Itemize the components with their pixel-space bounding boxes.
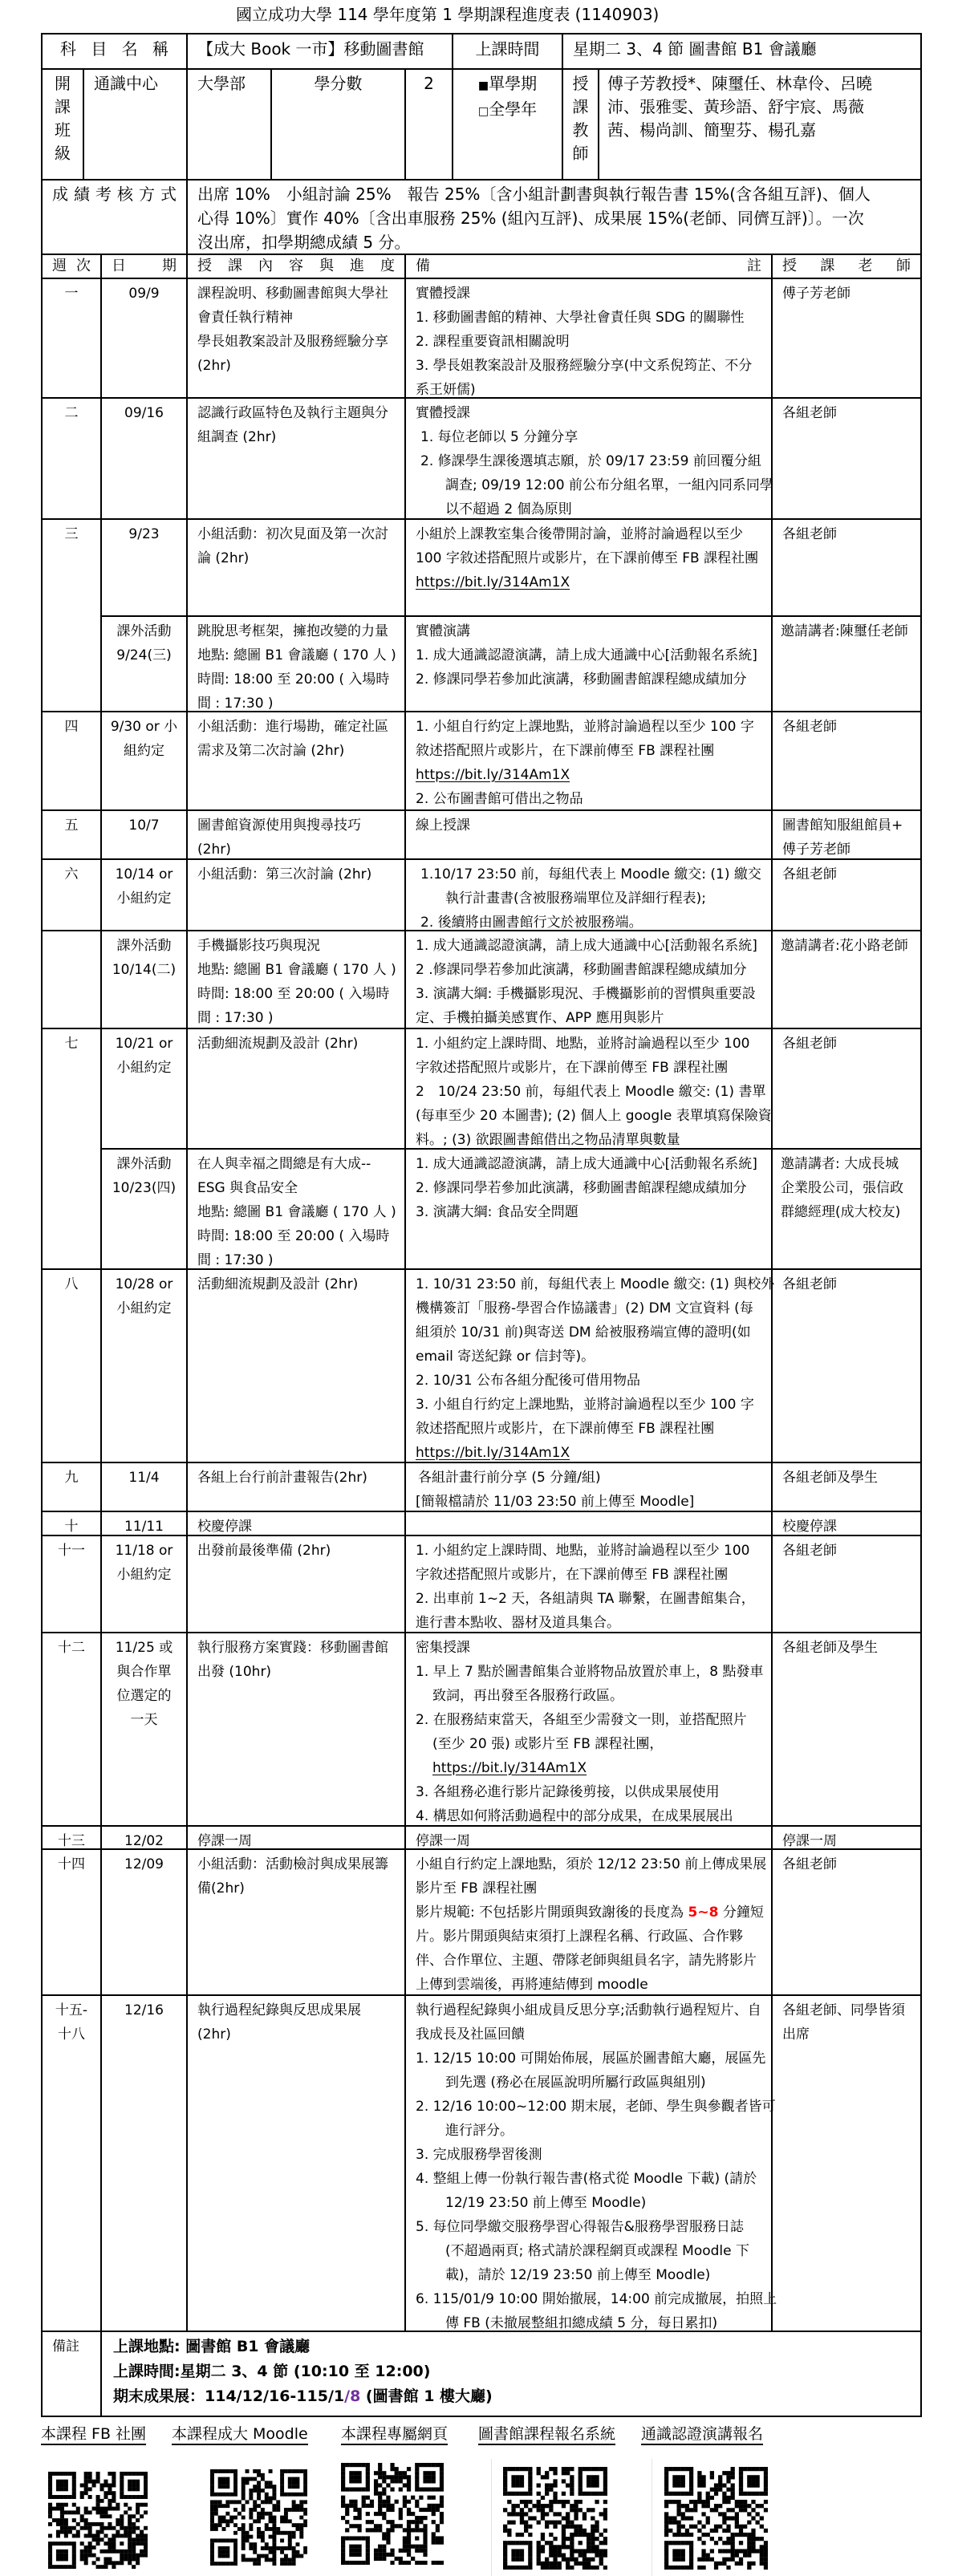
week-cell: 十三	[43, 1827, 100, 1848]
remarks-line: 組須於 10/31 前)與寄送 DM 給被服務端宣傳的證明(如	[416, 1320, 771, 1345]
fb-group-link[interactable]: https://bit.ly/314Am1X	[416, 1445, 570, 1461]
remarks-line: 2. 修課同學若參加此演講，移動圖書館課程總成績加分	[416, 667, 771, 692]
teacher-line: 各組老師	[782, 862, 920, 886]
week-number: 二	[43, 401, 100, 425]
remarks-cell: 1. 10/31 23:50 前，每組代表上 Moodle 繳交: (1) 與校…	[404, 1270, 771, 1462]
remarks-line: 實體授課	[416, 401, 771, 425]
date-cell: 11/18 or 小組約定	[100, 1536, 186, 1632]
content-line: 間 : 17:30 )	[197, 1006, 404, 1030]
content-line: 時間: 18:00 至 20:00 ( 入場時	[197, 1224, 404, 1248]
date-cell: 10/21 or 小組約定	[100, 1029, 186, 1148]
week-cell: 六	[43, 860, 100, 930]
teacher-cell: 各組老師	[771, 1536, 920, 1632]
moodle-link[interactable]: 本課程成大 Moodle	[172, 2424, 308, 2445]
schedule-row-week-4: 四 9/30 or 小 組約定 小組活動：進行場勘，確定社區 需求及第二次討論 …	[43, 711, 920, 809]
date-line: 10/23(四)	[102, 1176, 186, 1200]
teacher-line: 各組老師	[782, 1539, 920, 1563]
offering-class-label: 開 課 班 級	[43, 70, 83, 181]
date-line: 組約定	[102, 739, 186, 763]
qr-code-icon[interactable]	[664, 2467, 768, 2570]
schedule-table: 週 次 日 期 授 課 內 容 與 進 度 備 註 授 課 老 師 一 09/9…	[41, 254, 922, 2417]
date-line: 10/21 or	[102, 1032, 186, 1056]
department: 通識中心	[83, 70, 186, 181]
remarks-line: 3. 小組自行約定上課地點，並將討論過程以至少 100 字	[416, 1393, 771, 1417]
remarks-line: 5. 每位同學繳交服務學習心得報告&服務學習服務日誌	[416, 2215, 771, 2239]
label-char: 開	[43, 72, 83, 95]
remarks-line: 各組計畫行前分享 (5 分鐘/組)	[416, 1466, 771, 1490]
date-line: 課外活動	[102, 934, 186, 958]
label-char: 課	[563, 95, 598, 119]
remarks-cell: 1. 小組約定上課時間、地點，並將討論過程以至少 100 字敘述搭配照片或影片，…	[404, 1029, 771, 1148]
remarks-cell: 小組自行約定上課地點，須於 12/12 23:50 前上傳成果展 影片至 FB …	[404, 1850, 771, 1994]
remarks-line: 字敘述搭配照片或影片，在下課前傳至 FB 課程社團	[416, 1563, 771, 1587]
remarks-cell: 執行過程紀錄與小組成員反思分享;活動執行過程短片、自 我成長及社區回饋 1. 1…	[404, 1996, 771, 2331]
remarks-cell: 停課一周	[404, 1827, 771, 1848]
remarks-line: 影片至 FB 課程社團	[416, 1876, 771, 1901]
week-number: 十二	[43, 1636, 100, 1660]
remarks-line: 調查; 09/19 12:00 前公布分組名單，一組內同系同學	[416, 473, 771, 497]
content-line: 論 (2hr)	[197, 546, 404, 570]
content-line: 備(2hr)	[197, 1876, 404, 1901]
content-line: 小組活動：第三次討論 (2hr)	[197, 862, 404, 886]
date-line: 11/4	[102, 1466, 186, 1490]
remarks-line: 執行過程紀錄與小組成員反思分享;活動執行過程短片、自	[416, 1998, 771, 2022]
content-line: 在人與幸福之間總是有大成--	[197, 1152, 404, 1176]
remarks-line: 2 10/24 23:50 前，每組代表上 Moodle 繳交: (1) 書單	[416, 1080, 771, 1104]
teachers-line: 傅子芳教授*、陳璽任、林韋伶、呂曉	[607, 72, 911, 95]
remarks-line: 伴、合作單位、主題、帶隊老師與組員名字，請先將影片	[416, 1949, 771, 1973]
remarks-line: 3. 學長姐教案設計及服務經驗分享(中文系倪筠芷、不分	[416, 354, 771, 378]
remarks-line: 3. 各組務必進行影片記錄後剪接，以供成果展使用	[416, 1780, 771, 1804]
remarks-line: email 寄送紀錄 or 信封等)。	[416, 1345, 771, 1369]
teachers-line: 茜、楊尚訓、簡聖芬、楊孔嘉	[607, 119, 911, 142]
teachers-label: 授 課 教 師	[562, 70, 598, 181]
remarks-line: 實體授課	[416, 282, 771, 306]
remarks-cell: 實體授課 1. 每位老師以 5 分鐘分享 2. 修課學生課後選填志願，於 09/…	[404, 399, 771, 518]
remarks-line: 1. 移動圖書館的精神、大學社會責任與 SDG 的關聯性	[416, 306, 771, 330]
remarks-line: 機構簽訂「服務-學習合作協議書」(2) DM 文宣資料 (每	[416, 1296, 771, 1320]
remarks-line: 載)，請於 12/19 23:50 前上傳至 Moodle)	[416, 2263, 771, 2287]
content-cell: 跳脫思考框架，擁抱改變的力量 地點: 總圖 B1 會議廳 ( 170 人 ) 時…	[186, 617, 404, 711]
week-number: 五	[43, 813, 100, 838]
teacher-line: 各組老師	[782, 1852, 920, 1876]
divider	[491, 2459, 492, 2576]
week-cell: 十四	[43, 1850, 100, 1994]
content-line: 執行過程紀錄與反思成果展	[197, 1998, 404, 2022]
teacher-cell: 圖書館知服組館員+ 傅子芳老師	[771, 811, 920, 858]
remarks-cell: 密集授課 1. 早上 7 點於圖書館集合並將物品放置於車上，8 點發車 致詞，再…	[404, 1633, 771, 1825]
remarks-line: 1. 早上 7 點於圖書館集合並將物品放置於車上，8 點發車	[416, 1660, 771, 1684]
week-number: 九	[43, 1466, 100, 1490]
week-cell: 四	[43, 712, 100, 809]
date-cell: 12/09	[100, 1850, 186, 1994]
teacher-cell: 各組老師	[771, 520, 920, 615]
schedule-row-week-2: 二 09/16 認識行政區特色及執行主題與分 組調查 (2hr) 實體授課 1.…	[43, 397, 920, 518]
remarks-cell: 實體演講 1. 成大通識認證演講，請上成大通識中心[活動報名系統] 2. 修課同…	[404, 617, 771, 711]
remarks-line: 進行評分。	[416, 2119, 771, 2143]
week-cell: 十二	[43, 1633, 100, 1825]
schedule-row-week-7: 七 10/21 or 小組約定 活動細流規劃及設計 (2hr) 1. 小組約定上…	[43, 1028, 920, 1148]
remarks-line: 片。影片開頭與結束須打上課程名稱、行政區、合作夥	[416, 1925, 771, 1949]
notes-location: 上課地點: 圖書館 B1 會議廳	[113, 2335, 920, 2359]
content-cell: 小組活動：第三次討論 (2hr)	[186, 860, 404, 930]
week-cell: 九	[43, 1463, 100, 1511]
week-number: 七	[43, 1032, 100, 1056]
date-line: 12/16	[102, 1998, 186, 2022]
content-line: 手機攝影技巧與現況	[197, 934, 404, 958]
content-line: 時間: 18:00 至 20:00 ( 入場時	[197, 982, 404, 1006]
week-cell: 一	[43, 279, 100, 397]
teacher-line: 邀請講者:花小路老師	[781, 934, 920, 958]
schedule-row-week-7-extracurricular: 課外活動 10/23(四) 在人與幸福之間總是有大成-- ESG 與食品安全 地…	[43, 1148, 920, 1268]
library-registration-link[interactable]: 圖書館課程報名系統	[478, 2424, 615, 2445]
content-cell: 圖書館資源使用與搜尋技巧 (2hr)	[186, 811, 404, 858]
content-line: 活動細流規劃及設計 (2hr)	[197, 1032, 404, 1056]
content-line: 活動細流規劃及設計 (2hr)	[197, 1272, 404, 1296]
date-cell: 課外活動 10/23(四)	[100, 1150, 186, 1268]
content-line: 地點: 總圖 B1 會議廳 ( 170 人 )	[197, 643, 404, 667]
remarks-line: 致詞，再出發至各服務行政區。	[416, 1684, 771, 1708]
label-char: 教	[563, 119, 598, 142]
remarks-line: 小組於上課教室集合後帶開討論，並將討論過程以至少	[416, 522, 771, 546]
date-line: 小組約定	[102, 1056, 186, 1080]
week-cell: 三	[43, 520, 100, 615]
content-line: (2hr)	[197, 354, 404, 378]
grading-label: 成 績 考 核 方 式	[43, 181, 186, 254]
class-time: 星期二 3、4 節 圖書館 B1 會議廳	[562, 34, 920, 68]
teacher-cell: 邀請講者: 大成長城 企業股公司，張信政 群總經理(成大校友)	[771, 1150, 920, 1268]
remarks-line: 1. 小組約定上課時間、地點，並將討論過程以至少 100	[416, 1032, 771, 1056]
remarks-line: 密集授課	[416, 1636, 771, 1660]
content-line: 認識行政區特色及執行主題與分	[197, 401, 404, 425]
teacher-line: 邀請講者: 大成長城	[781, 1152, 920, 1176]
date-line: 位選定的	[102, 1684, 186, 1708]
notes-time: 上課時間:星期二 3、4 節 (10:10 至 12:00)	[113, 2359, 920, 2384]
date-line: 11/18 or	[102, 1539, 186, 1563]
teacher-cell: 各組老師	[771, 1029, 920, 1148]
course-name-row: 科 目 名 稱 【成大 Book 一市】移動圖書館 上課時間 星期二 3、4 節…	[43, 34, 920, 68]
remarks-text: 影片規範: 不包括影片開頭與致謝後的長度為	[416, 1905, 688, 1921]
content-line: 時間: 18:00 至 20:00 ( 入場時	[197, 667, 404, 692]
content-line: 出發 (10hr)	[197, 1660, 404, 1684]
week-number: 十五-	[43, 1998, 100, 2022]
credits-label: 學分數	[270, 70, 404, 181]
date-cell: 09/16	[100, 399, 186, 518]
content-cell: 停課一周	[186, 1827, 404, 1848]
content-cell: 執行服務方案實踐：移動圖書館 出發 (10hr)	[186, 1633, 404, 1825]
header-content: 授 課 內 容 與 進 度	[186, 255, 404, 278]
content-cell: 執行過程紀錄與反思成果展 (2hr)	[186, 1996, 404, 2331]
content-cell: 活動細流規劃及設計 (2hr)	[186, 1029, 404, 1148]
qr-code-icon[interactable]	[210, 2469, 307, 2566]
remarks-cell: 1. 成大通識認證演講，請上成大通識中心[活動報名系統] 2. 修課同學若參加此…	[404, 1150, 771, 1268]
schedule-header-row: 週 次 日 期 授 課 內 容 與 進 度 備 註 授 課 老 師	[43, 254, 920, 278]
date-line: 09/9	[102, 282, 186, 306]
week-number: 十四	[43, 1852, 100, 1876]
content-cell: 校慶停課	[186, 1512, 404, 1535]
grading-row: 成 績 考 核 方 式 出席 10% 小組討論 25% 報告 25%〔含小組計劃…	[43, 179, 920, 254]
date-cell: 10/28 or 小組約定	[100, 1270, 186, 1462]
teacher-cell: 各組老師	[771, 1850, 920, 1994]
remarks-line: 定、手機拍攝美感實作、APP 應用與影片	[416, 1006, 771, 1030]
qr-code-icon[interactable]	[503, 2467, 607, 2570]
label-char: 授	[563, 72, 598, 95]
remarks-line: 4. 整組上傳一份執行報告書(格式從 Moodle 下載) (請於	[416, 2167, 771, 2191]
remarks-line: 6. 115/01/9 10:00 開始撤展，14:00 前完成撤展，拍照上	[416, 2287, 771, 2311]
schedule-row-week-5: 五 10/7 圖書館資源使用與搜尋技巧 (2hr) 線上授課 圖書館知服組館員+…	[43, 809, 920, 858]
date-line: 10/28 or	[102, 1272, 186, 1296]
remarks-line: 1. 小組自行約定上課地點，並將討論過程以至少 100 字	[416, 715, 771, 739]
teacher-line: 各組老師	[782, 1272, 920, 1296]
schedule-row-week-11: 十一 11/18 or 小組約定 出發前最後準備 (2hr) 1. 小組約定上課…	[43, 1535, 920, 1632]
date-cell: 9/30 or 小 組約定	[100, 712, 186, 809]
teacher-cell: 各組老師	[771, 712, 920, 809]
date-cell: 10/14 or 小組約定	[100, 860, 186, 930]
date-cell: 11/25 或 與合作單 位選定的 一天	[100, 1633, 186, 1825]
grading-method: 出席 10% 小組討論 25% 報告 25%〔含小組計劃書與執行報告書 15%(…	[186, 181, 920, 254]
week-number: 六	[43, 862, 100, 886]
teacher-line: 各組老師	[782, 401, 920, 425]
header-week: 週 次	[43, 255, 100, 278]
date-line: 11/25 或	[102, 1636, 186, 1660]
remarks-cell: 1. 小組自行約定上課地點，並將討論過程以至少 100 字 敘述搭配照片或影片，…	[404, 712, 771, 809]
teacher-cell: 傅子芳老師	[771, 279, 920, 397]
page-title: 國立成功大學 114 學年度第 1 學期課程進度表 (1140903)	[236, 3, 659, 26]
remarks-line: 1. 10/31 23:50 前，每組代表上 Moodle 繳交: (1) 與校…	[416, 1272, 771, 1296]
remarks-line: 我成長及社區回饋	[416, 2022, 771, 2047]
remarks-line: 2. 修課同學若參加此演講，移動圖書館課程總成績加分	[416, 1176, 771, 1200]
checkbox-unchecked-icon: □	[478, 105, 489, 118]
content-line: 小組活動：活動檢討與成果展籌	[197, 1852, 404, 1876]
schedule-row-week-12: 十二 11/25 或 與合作單 位選定的 一天 執行服務方案實踐：移動圖書館 出…	[43, 1632, 920, 1825]
semester-option-label: 全學年	[489, 99, 537, 119]
remarks-line: 2. 修課學生課後選填志願，於 09/17 23:59 前回覆分組	[416, 449, 771, 473]
teacher-cell: 邀請講者:花小路老師	[771, 931, 920, 1028]
notes-final-exhibit: 期末成果展：114/12/16-115/1/8 (圖書館 1 樓大廳)	[113, 2384, 920, 2409]
teacher-line: 圖書館知服組館員+	[782, 813, 920, 838]
notes-text: 期末成果展：114/12/16-115/1	[113, 2387, 344, 2405]
remarks-line: 1.10/17 23:50 前，每組代表上 Moodle 繳交: (1) 繳交	[416, 862, 771, 886]
remarks-line: 2. 10/31 公布各組分配後可借用物品	[416, 1369, 771, 1393]
qr-code-icon[interactable]	[341, 2463, 444, 2565]
remarks-line: 1. 每位老師以 5 分鐘分享	[416, 425, 771, 449]
remarks-cell: 小組於上課教室集合後帶開討論，並將討論過程以至少 100 字敘述搭配照片或影片，…	[404, 520, 771, 615]
checkbox-checked-icon: ■	[478, 79, 489, 92]
remarks-line: 3. 演講大綱: 食品安全問題	[416, 1200, 771, 1224]
content-cell: 各組上台行前計畫報告(2hr)	[186, 1463, 404, 1511]
fb-group-link[interactable]: https://bit.ly/314Am1X	[416, 574, 570, 590]
week-cell-empty	[43, 931, 100, 1028]
remarks-line: 100 字敘述搭配照片或影片，在下課前傳至 FB 課程社團	[416, 546, 771, 570]
semester-option-full-year[interactable]: □全學年	[453, 98, 562, 124]
notes-label-cell: 備註	[43, 2332, 100, 2416]
date-line: 小組約定	[102, 1563, 186, 1587]
remarks-line: 3. 演講大綱: 手機攝影現況、手機攝影前的習慣與重要設	[416, 982, 771, 1006]
schedule-row-week-14: 十四 12/09 小組活動：活動檢討與成果展籌 備(2hr) 小組自行約定上課地…	[43, 1848, 920, 1994]
date-line: 課外活動	[102, 1152, 186, 1176]
remarks-line: 線上授課	[416, 813, 771, 838]
qr-code-icon[interactable]	[48, 2472, 148, 2569]
remarks-line: 影片規範: 不包括影片開頭與致謝後的長度為 5~8 分鐘短	[416, 1901, 771, 1925]
notes-text: (圖書館 1 樓大廳)	[360, 2387, 492, 2405]
content-line: 執行服務方案實踐：移動圖書館	[197, 1636, 404, 1660]
week-number: 八	[43, 1272, 100, 1296]
course-name: 【成大 Book 一市】移動圖書館	[186, 34, 452, 68]
teacher-cell: 各組老師	[771, 399, 920, 518]
remarks-cell: 1. 小組約定上課時間、地點，並將討論過程以至少 100 字敘述搭配照片或影片，…	[404, 1536, 771, 1632]
remarks-cell: 1.10/17 23:50 前，每組代表上 Moodle 繳交: (1) 繳交 …	[404, 860, 771, 930]
remarks-line: 上傳到雲端後，再將連結傳到 moodle	[416, 1973, 771, 1997]
content-line: 地點: 總圖 B1 會議廳 ( 170 人 )	[197, 1200, 404, 1224]
teacher-cell: 邀請講者:陳璽任老師	[771, 617, 920, 711]
remarks-line: 3. 完成服務學習後測	[416, 2143, 771, 2167]
fb-group-link[interactable]: 本課程 FB 社團	[41, 2424, 146, 2445]
date-cell: 9/23	[100, 520, 186, 615]
teacher-line: 群總經理(成大校友)	[781, 1200, 920, 1224]
content-line: 跳脫思考框架，擁抱改變的力量	[197, 619, 404, 643]
header-teacher: 授 課 老 師	[771, 255, 920, 278]
remarks-line: (至少 20 張) 或影片至 FB 課程社團，	[416, 1732, 771, 1756]
date-cell: 09/9	[100, 279, 186, 397]
remarks-line: 敘述搭配照片或影片，在下課前傳至 FB 課程社團	[416, 739, 771, 763]
date-line: 12/09	[102, 1852, 186, 1876]
teacher-cell: 各組老師及學生	[771, 1633, 920, 1825]
teacher-cell: 各組老師及學生	[771, 1463, 920, 1511]
fb-group-link[interactable]: https://bit.ly/314Am1X	[432, 1760, 587, 1776]
remarks-line: 1. 成大通識認證演講，請上成大通識中心[活動報名系統]	[416, 643, 771, 667]
remarks-line: 1. 小組約定上課時間、地點，並將討論過程以至少 100	[416, 1539, 771, 1563]
teacher-line: 各組老師	[782, 715, 920, 739]
course-webpage-link[interactable]: 本課程專屬網頁	[341, 2424, 448, 2445]
remarks-line: 2. 課程重要資訊相關說明	[416, 330, 771, 354]
fb-group-link[interactable]: https://bit.ly/314Am1X	[416, 767, 570, 783]
content-line: 小組活動：進行場勘，確定社區	[197, 715, 404, 739]
teachers-list: 傅子芳教授*、陳璽任、林韋伶、呂曉 沛、張雅雯、黃珍語、舒宇宸、馬薇 茜、楊尚訓…	[598, 70, 920, 181]
schedule-row-week-1: 一 09/9 課程說明、移動圖書館與大學社 會責任執行精神 學長姐教案設計及服務…	[43, 278, 920, 397]
week-cell: 十五- 十八	[43, 1996, 100, 2331]
week-cell: 十	[43, 1512, 100, 1535]
content-cell: 在人與幸福之間總是有大成-- ESG 與食品安全 地點: 總圖 B1 會議廳 (…	[186, 1150, 404, 1268]
teacher-line: 企業股公司，張信政	[781, 1176, 920, 1200]
content-line: ESG 與食品安全	[197, 1176, 404, 1200]
schedule-row-week-3-extracurricular: 課外活動 9/24(三) 跳脫思考框架，擁抱改變的力量 地點: 總圖 B1 會議…	[43, 615, 920, 711]
content-line: 課程說明、移動圖書館與大學社	[197, 282, 404, 306]
date-line: 一天	[102, 1708, 186, 1732]
week-cell: 十一	[43, 1536, 100, 1632]
label-char: 師	[563, 142, 598, 165]
content-cell: 小組活動：進行場勘，確定社區 需求及第二次討論 (2hr)	[186, 712, 404, 809]
schedule-row-week-10: 十 11/11 校慶停課 校慶停課	[43, 1511, 920, 1535]
content-line: 出發前最後準備 (2hr)	[197, 1539, 404, 1563]
teacher-line: 各組老師及學生	[782, 1636, 920, 1660]
remarks-line: 小組自行約定上課地點，須於 12/12 23:50 前上傳成果展	[416, 1852, 771, 1876]
content-cell: 認識行政區特色及執行主題與分 組調查 (2hr)	[186, 399, 404, 518]
date-cell: 12/02	[100, 1827, 186, 1848]
week-number: 一	[43, 282, 100, 306]
date-line: 10/14 or	[102, 862, 186, 886]
course-info-table: 科 目 名 稱 【成大 Book 一市】移動圖書館 上課時間 星期二 3、4 節…	[41, 33, 922, 254]
remarks-line: 1. 成大通識認證演講，請上成大通識中心[活動報名系統]	[416, 1152, 771, 1176]
week-number: 十一	[43, 1539, 100, 1563]
teacher-line: 邀請講者:陳璽任老師	[781, 619, 920, 643]
content-cell: 小組活動：活動檢討與成果展籌 備(2hr)	[186, 1850, 404, 1994]
credits-value: 2	[404, 70, 452, 181]
semester-option-label: 單學期	[489, 74, 537, 93]
content-cell: 手機攝影技巧與現況 地點: 總圖 B1 會議廳 ( 170 人 ) 時間: 18…	[186, 931, 404, 1028]
content-line: 小組活動：初次見面及第一次討	[197, 522, 404, 546]
teacher-cell: 停課一周	[771, 1827, 920, 1848]
course-name-label: 科 目 名 稱	[43, 34, 186, 68]
teacher-line: 出席	[782, 2022, 920, 2047]
remarks-line: 2. 在服務結束當天，各組至少需發文一則，並搭配照片	[416, 1708, 771, 1732]
week-cell: 五	[43, 811, 100, 858]
content-line: 學長姐教案設計及服務經驗分享	[197, 330, 404, 354]
remarks-line: (不超過兩頁; 格式請於課程網頁或課程 Moodle 下	[416, 2239, 771, 2263]
teacher-line: 傅子芳老師	[782, 282, 920, 306]
schedule-row-week-3: 三 9/23 小組活動：初次見面及第一次討 論 (2hr) 小組於上課教室集合後…	[43, 518, 920, 615]
notes-highlight: /8	[344, 2387, 360, 2405]
header-remarks: 備 註	[404, 255, 771, 278]
remarks-line: 12/19 23:50 前上傳至 Moodle)	[416, 2191, 771, 2215]
date-cell: 課外活動 10/14(二)	[100, 931, 186, 1028]
remarks-cell: 線上授課	[404, 811, 771, 858]
week-number: 三	[43, 522, 100, 546]
notes-row: 備註 上課地點: 圖書館 B1 會議廳 上課時間:星期二 3、4 節 (10:1…	[43, 2331, 920, 2416]
schedule-row-week-15-18: 十五- 十八 12/16 執行過程紀錄與反思成果展 (2hr) 執行過程紀錄與小…	[43, 1994, 920, 2331]
semester-option-single[interactable]: ■單學期	[453, 72, 562, 98]
semester-options: ■單學期 □全學年	[452, 70, 562, 181]
content-line: 圖書館資源使用與搜尋技巧	[197, 813, 404, 838]
grading-line: 心得 10%〕實作 40%〔含出車服務 25% (組內互評)、成果展 15%(老…	[197, 206, 911, 230]
week-cell: 二	[43, 399, 100, 518]
lecture-registration-link[interactable]: 通識認證演講報名	[641, 2424, 763, 2445]
remarks-line: 敘述搭配照片或影片，在下課前傳至 FB 課程社團	[416, 1417, 771, 1441]
notes-cell: 上課地點: 圖書館 B1 會議廳 上課時間:星期二 3、4 節 (10:10 至…	[100, 2332, 920, 2416]
remarks-line: 2. 公布圖書館可借出之物品	[416, 787, 771, 811]
notes-label: 備註	[52, 2335, 100, 2359]
schedule-row-week-13: 十三 12/02 停課一周 停課一周 停課一周	[43, 1825, 920, 1848]
date-line: 小組約定	[102, 1296, 186, 1320]
content-cell: 出發前最後準備 (2hr)	[186, 1536, 404, 1632]
schedule-row-week-6: 六 10/14 or 小組約定 小組活動：第三次討論 (2hr) 1.10/17…	[43, 858, 920, 930]
date-line: 課外活動	[102, 619, 186, 643]
content-line: 各組上台行前計畫報告(2hr)	[197, 1466, 404, 1490]
remarks-cell: 實體授課 1. 移動圖書館的精神、大學社會責任與 SDG 的關聯性 2. 課程重…	[404, 279, 771, 397]
date-line: 9/30 or 小	[102, 715, 186, 739]
level: 大學部	[186, 70, 270, 181]
content-line: 組調查 (2hr)	[197, 425, 404, 449]
schedule-row-week-8: 八 10/28 or 小組約定 活動細流規劃及設計 (2hr) 1. 10/31…	[43, 1268, 920, 1462]
teacher-line: 各組老師	[782, 1032, 920, 1056]
date-cell: 10/7	[100, 811, 186, 858]
teachers-line: 沛、張雅雯、黃珍語、舒宇宸、馬薇	[607, 95, 911, 119]
remarks-cell: 各組計畫行前分享 (5 分鐘/組) [簡報檔請於 11/03 23:50 前上傳…	[404, 1463, 771, 1511]
header-date: 日 期	[100, 255, 186, 278]
week-cell: 八	[43, 1270, 100, 1462]
video-length-highlight: 5~8	[688, 1905, 719, 1921]
class-time-label: 上課時間	[452, 34, 562, 68]
content-cell: 小組活動：初次見面及第一次討 論 (2hr)	[186, 520, 404, 615]
date-cell: 11/4	[100, 1463, 186, 1511]
teacher-cell: 校慶停課	[771, 1512, 920, 1535]
teacher-cell: 各組老師、同學皆須 出席	[771, 1996, 920, 2331]
content-line: 會責任執行精神	[197, 306, 404, 330]
content-line: 需求及第二次討論 (2hr)	[197, 739, 404, 763]
remarks-text: 分鐘短	[718, 1905, 763, 1921]
remarks-line: 到先選 (務必在展區說明所屬行政區與組別)	[416, 2071, 771, 2095]
grading-line: 沒出席，扣學期總成績 5 分。	[197, 230, 911, 254]
schedule-row-week-6-extracurricular: 課外活動 10/14(二) 手機攝影技巧與現況 地點: 總圖 B1 會議廳 ( …	[43, 930, 920, 1028]
